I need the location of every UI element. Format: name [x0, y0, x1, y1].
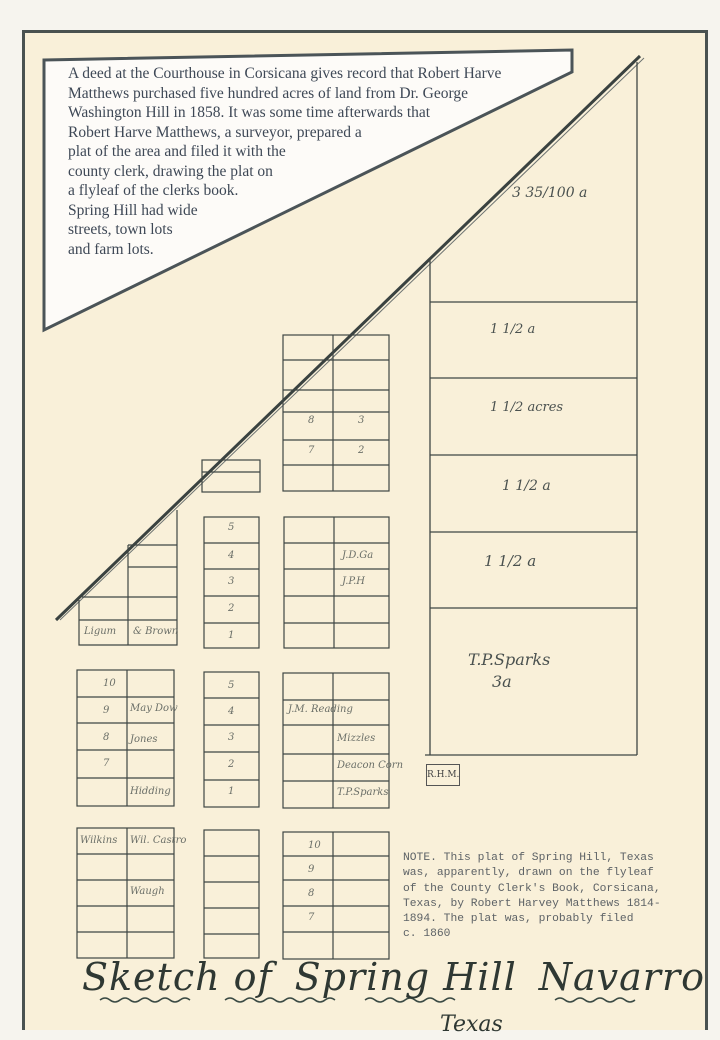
lot-number: 4 [228, 706, 234, 717]
lot-number: 9 [308, 864, 314, 875]
lot-owner-label: Wilkins [80, 835, 117, 846]
map-title-word: Spring Hill [295, 955, 517, 999]
lot-owner-label: Deacon Corn [337, 760, 403, 771]
map-title: Sketch ofSpring HillNavarroCounty [82, 955, 720, 999]
lot-number: 1 [228, 630, 234, 641]
callout-line: county clerk, drawing the plat on [68, 162, 558, 182]
surveyor-mark: R.H.M. [426, 764, 460, 786]
lot-owner-label: Hidding [130, 786, 171, 797]
lot-owner-label: Mizzles [337, 733, 375, 744]
farm-lot-label: T.P.Sparks [468, 650, 550, 669]
lot-number: 2 [228, 603, 234, 614]
lot-number: 5 [228, 522, 234, 533]
lot-number: 8 [103, 732, 109, 743]
callout-line: plat of the area and filed it with the [68, 142, 558, 162]
lot-number: 7 [308, 912, 314, 923]
note-line: NOTE. This plat of Spring Hill, Texas [403, 851, 713, 866]
note-line: Texas, by Robert Harvey Matthews 1814- [403, 897, 713, 912]
callout-line: Washington Hill in 1858. It was some tim… [68, 103, 558, 123]
lot-number: 3 [358, 415, 364, 426]
lot-number: 3 [228, 576, 234, 587]
lot-owner-label: Waugh [130, 886, 165, 897]
lot-number: 7 [103, 758, 109, 769]
lot-number: 9 [103, 705, 109, 716]
callout-line: Matthews purchased five hundred acres of… [68, 84, 558, 104]
lot-number: 2 [358, 445, 364, 456]
lot-number: 1 [228, 786, 234, 797]
note-line: 1894. The plat was, probably filed [403, 912, 713, 927]
lot-owner-label: J.M. Reading [288, 704, 353, 715]
note-line: of the County Clerk's Book, Corsicana, [403, 882, 713, 897]
farm-lot-label: 1 1/2 a [484, 552, 536, 570]
lot-number: 3 [228, 732, 234, 743]
callout-line: a flyleaf of the clerks book. [68, 181, 558, 201]
map-title-word: Navarro [539, 955, 705, 999]
lot-owner-label: Ligum [84, 626, 116, 637]
lot-owner-label: Jones [130, 734, 158, 745]
lot-number: 8 [308, 888, 314, 899]
callout-line: Robert Harve Matthews, a surveyor, prepa… [68, 123, 558, 143]
map-subtitle: Texas [440, 1012, 503, 1037]
farm-lot-label: 1 1/2 acres [490, 400, 563, 415]
lot-number: 4 [228, 550, 234, 561]
map-title-word: Sketch of [82, 955, 273, 999]
lot-owner-label: & Brown [133, 626, 178, 637]
callout-line: streets, town lots [68, 220, 558, 240]
farm-lot-label: 1 1/2 a [502, 478, 551, 494]
lot-number: 7 [308, 445, 314, 456]
callout-line: Spring Hill had wide [68, 201, 558, 221]
farm-lot-label: 3 35/100 a [512, 185, 587, 201]
note-line: was, apparently, drawn on the flyleaf [403, 866, 713, 881]
lot-number: 10 [308, 840, 321, 851]
lot-owner-label: J.D.Ga [342, 550, 373, 561]
farm-lot-sub: 3a [492, 672, 512, 691]
farm-lot-label: 1 1/2 a [490, 322, 535, 337]
lot-owner-label: T.P.Sparks [337, 787, 388, 798]
lot-number: 10 [103, 678, 116, 689]
callout-line: A deed at the Courthouse in Corsicana gi… [68, 64, 558, 84]
lot-number: 5 [228, 680, 234, 691]
lot-owner-label: J.P.H [342, 576, 365, 587]
callout-line: and farm lots. [68, 240, 558, 260]
lot-owner-label: May Dow [130, 703, 178, 714]
callout-text: A deed at the Courthouse in Corsicana gi… [68, 64, 558, 259]
note-text: NOTE. This plat of Spring Hill, Texas wa… [403, 851, 713, 943]
town-blocks [77, 335, 389, 959]
lot-number: 8 [308, 415, 314, 426]
lot-number: 2 [228, 759, 234, 770]
note-line: c. 1860 [403, 927, 713, 942]
lot-owner-label: Wil. Castro [130, 835, 186, 846]
